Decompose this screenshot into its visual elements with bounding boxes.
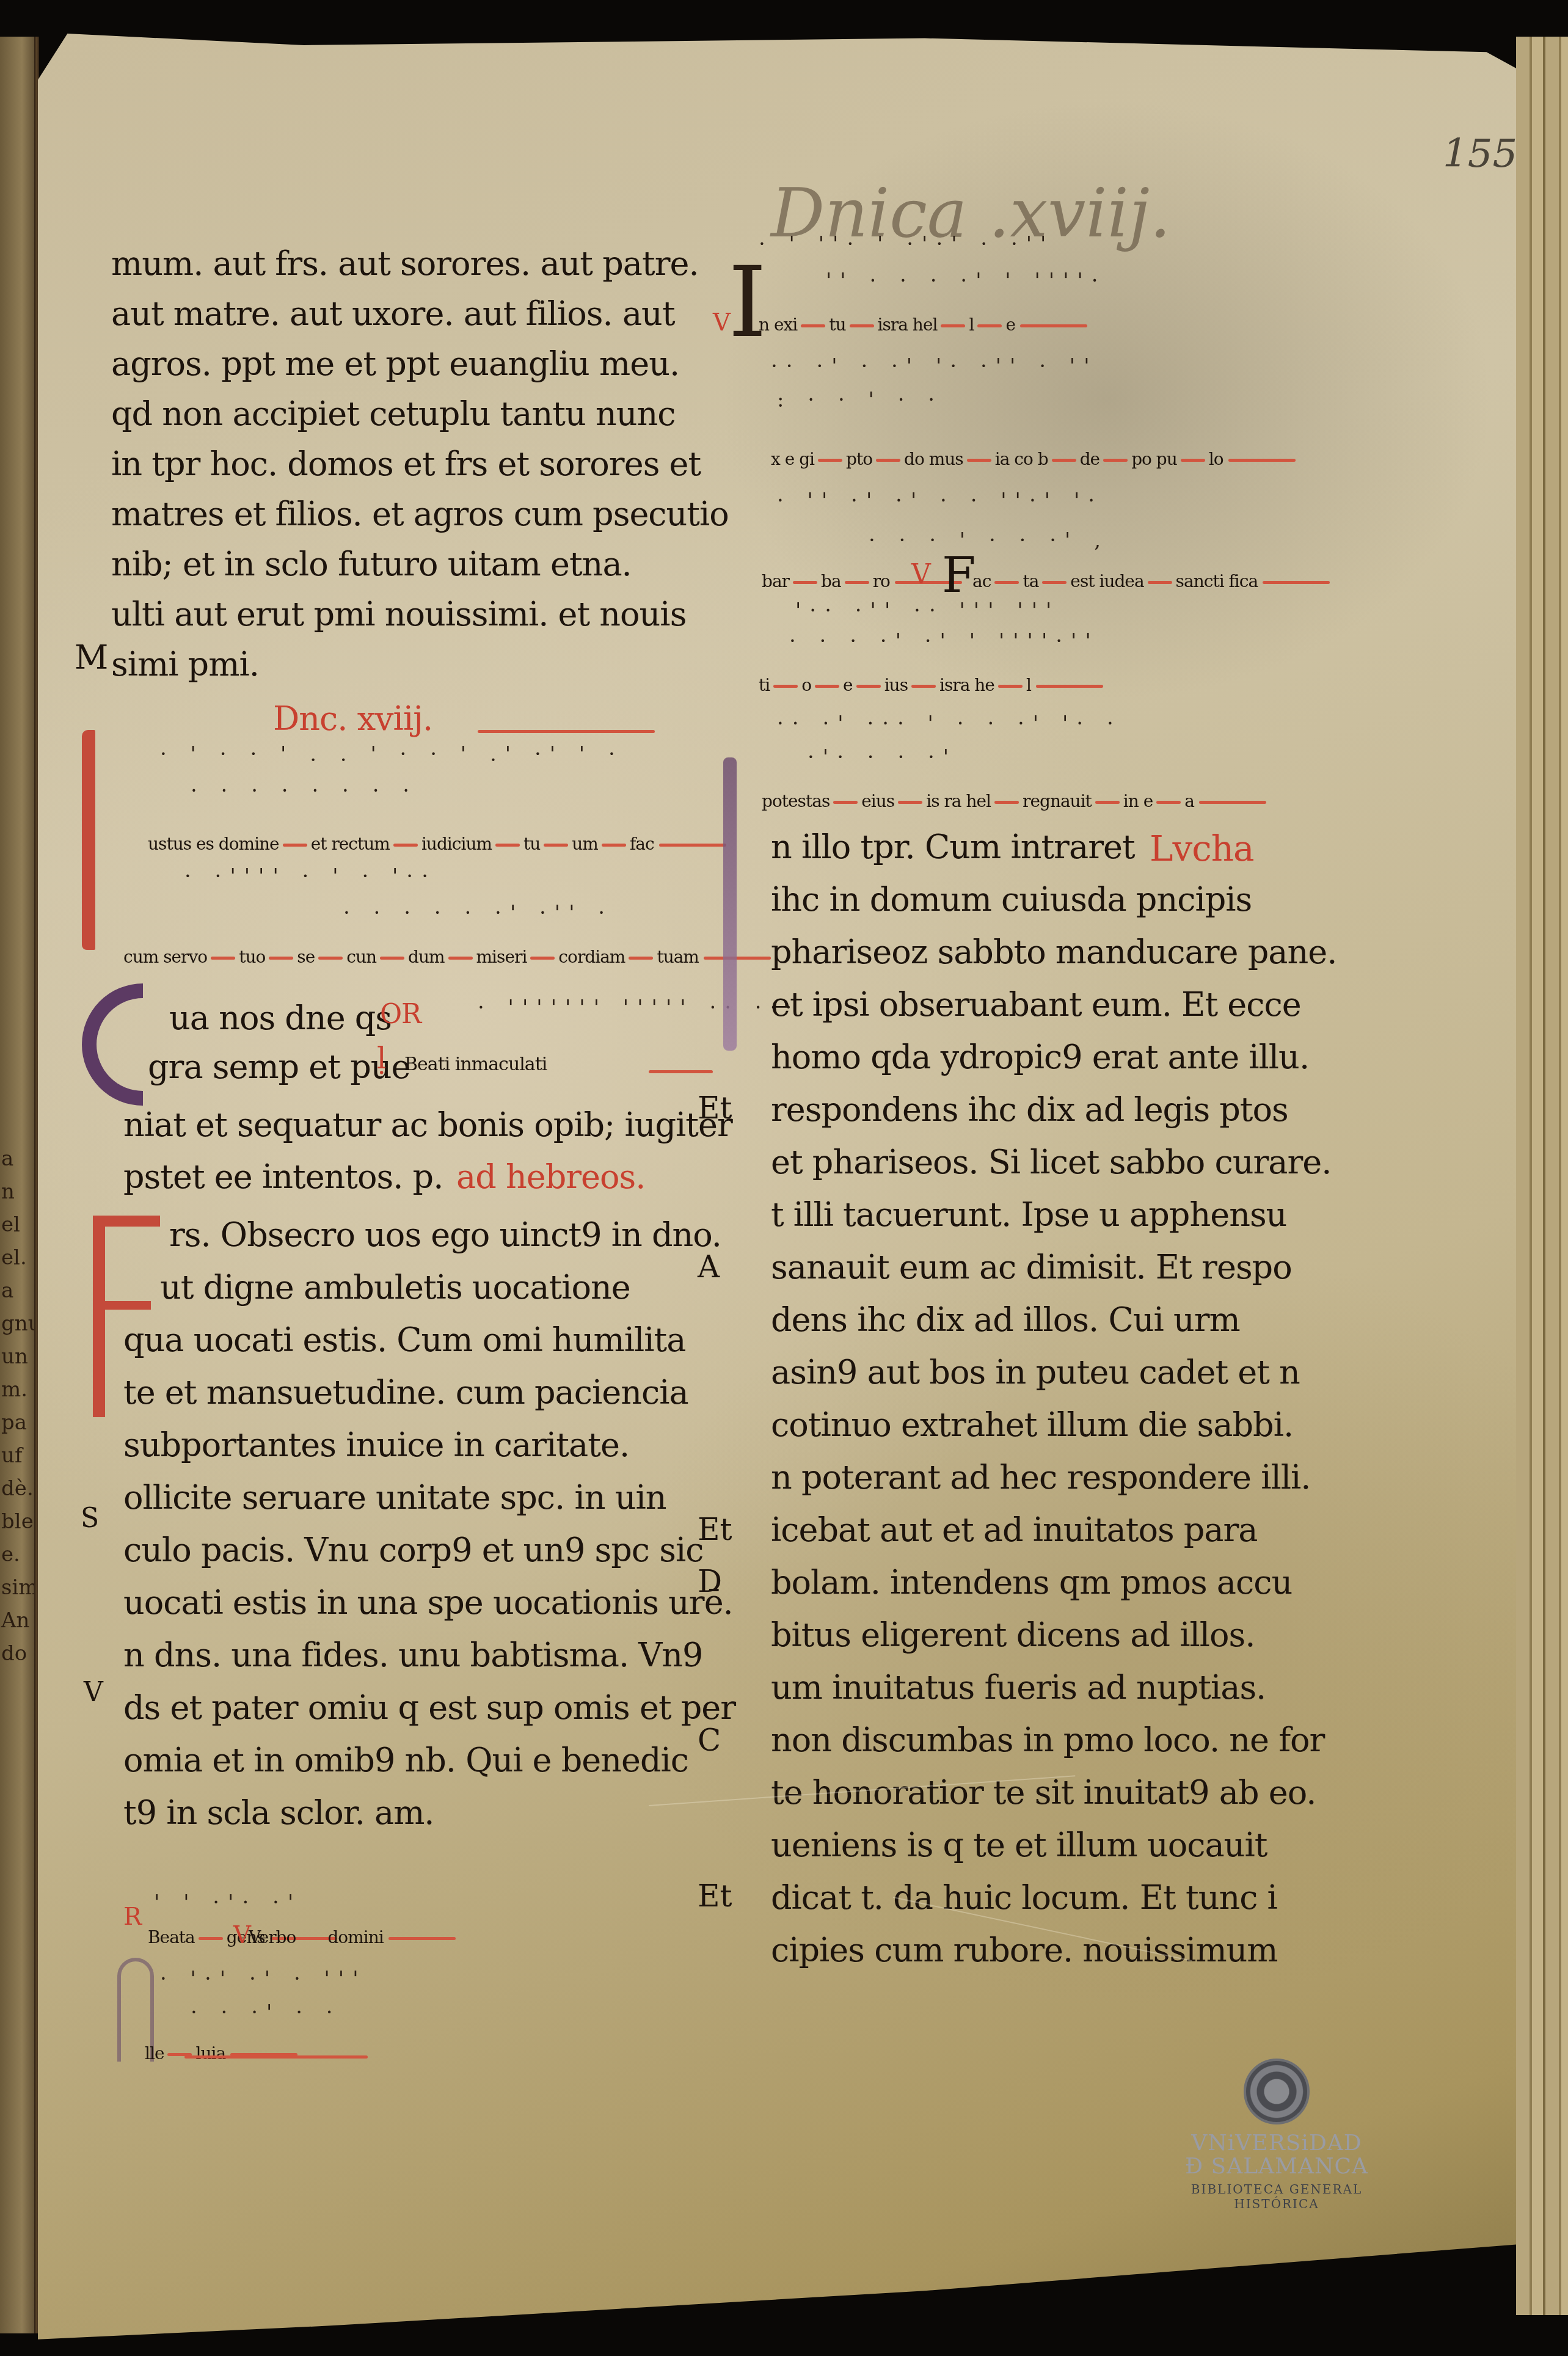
melisma-rule	[994, 801, 1019, 804]
chant-syllable: a	[1184, 791, 1194, 811]
chant-syllable: in e	[1123, 791, 1153, 811]
text-line: ulti aut erut pmi nouissimi. et nouis	[111, 595, 686, 633]
university-seal-icon	[1244, 2059, 1310, 2124]
melisma-rule	[1263, 581, 1330, 584]
rubric-sunday: Dnc. xviij.	[273, 699, 432, 738]
facing-leaf-edge: a n el el. a gnu un m. pa uf dè. ble e. …	[0, 37, 37, 2333]
university-watermark: VNiVERSiDAD Đ SALAMANCA BIBLIOTECA GENER…	[1148, 2059, 1405, 2211]
gospel-line: n illo tpr. Cum intraret	[771, 828, 1135, 866]
chant-syllable: lle	[145, 2043, 164, 2063]
gospel-line: cipies cum rubore. nouissimum	[771, 1931, 1278, 1969]
chant-syllable: se	[297, 947, 315, 967]
collect-initial-c	[82, 983, 143, 1106]
chant-syllable: luia	[195, 2043, 225, 2063]
melisma-rule	[388, 1937, 456, 1940]
offertory-initial-i: I	[728, 253, 767, 351]
margin-initial-m: M	[75, 638, 108, 677]
text-line: qd non accipiet cetuplu tantu nunc	[111, 395, 676, 433]
epistle-line: ds et pater omiu q est sup omis et per	[123, 1688, 735, 1727]
melisma-rule	[1228, 459, 1296, 462]
gospel-line: dicat t. da huic locum. Et tunc i	[771, 1878, 1277, 1917]
neumes: · · · · · · · ·	[191, 779, 418, 803]
melisma-rule	[1148, 581, 1172, 584]
gospel-line: ihc in domum cuiusda pncipis	[771, 880, 1252, 919]
offertory-line-5: potestaseiusis ra helregnauitin ea	[762, 791, 1266, 811]
left-column: mum. aut frs. aut sorores. aut patre.aut…	[38, 34, 710, 2294]
text-line: matres et filios. et agros cum psecutio	[111, 495, 729, 533]
offertory-line-1: n exituisra helle	[759, 315, 1087, 335]
neumes: ·'· · · ·'	[808, 745, 957, 770]
epistle-line: subportantes inuice in caritate.	[123, 1426, 629, 1464]
text-line: aut matre. aut uxore. aut filios. aut	[111, 294, 675, 333]
chant-syllable: ba	[821, 571, 841, 591]
melisma-rule	[977, 324, 1002, 327]
melisma-rule	[1042, 581, 1067, 584]
margin-letter: S	[81, 1503, 99, 1534]
rubric-or: OR	[380, 999, 421, 1030]
offertory-line-3b: actaest iudeasancti fica	[972, 571, 1330, 591]
text-line: in tpr hoc. domos et frs et sorores et	[111, 445, 701, 483]
melisma-rule	[1103, 459, 1128, 462]
chant-syllable: ius	[884, 675, 908, 695]
gospel-line: n poterant ad hec respondere illi.	[771, 1458, 1310, 1497]
rubric-verse: V	[233, 1921, 250, 1949]
melisma-rule	[850, 324, 874, 327]
rubric-verse: V	[911, 559, 930, 590]
epistle-line: ut digne ambuletis uocatione	[160, 1268, 630, 1307]
chant-syllable: do mus	[904, 449, 963, 469]
collect-line-3: niat et sequatur ac bonis opib; iugiter	[123, 1106, 732, 1144]
chant-syllable: tu	[829, 315, 845, 335]
melisma-rule	[1036, 685, 1103, 688]
introit-initial-i	[82, 730, 95, 950]
margin-letter: D	[698, 1564, 722, 1599]
melisma-rule	[269, 957, 293, 960]
melisma-rule	[773, 685, 798, 688]
facing-leaf-text-fragments: a n el el. a gnu un m. pa uf dè. ble e. …	[1, 1142, 32, 1670]
manuscript-page: 155 Dnica .xviij. mum. aut frs. aut soro…	[38, 34, 1516, 2349]
chant-syllable: po pu	[1131, 449, 1177, 469]
epistle-line: uocati estis in una spe uocationis urē.	[123, 1583, 733, 1622]
chant-syllable: sancti fica	[1176, 571, 1258, 591]
melisma-rule	[1020, 324, 1087, 327]
chant-syllable: est iudea	[1070, 571, 1143, 591]
psalm-verse: Beati inmaculati	[404, 1054, 547, 1075]
introit-text-line-2: cum servotuosecundummisericordiamtuam	[123, 947, 771, 967]
margin-letter: C	[698, 1723, 721, 1758]
melisma-rule	[856, 685, 881, 688]
chant-syllable: cordiam	[558, 947, 625, 967]
collect-line-1: ua nos dne qs	[169, 999, 392, 1037]
gospel-line: et ipsi obseruabant eum. Et ecce	[771, 985, 1301, 1024]
watermark-line-3: BIBLIOTECA GENERAL HISTÓRICA	[1148, 2182, 1405, 2211]
chant-syllable: um	[572, 834, 598, 854]
gospel-line: te honoratior te sit inuitat9 ab eo.	[771, 1773, 1316, 1812]
chant-syllable: l	[1026, 675, 1031, 695]
chant-syllable: fac	[630, 834, 654, 854]
melisma-rule	[1181, 459, 1205, 462]
neumes: · · · ' · · ·' ,	[869, 528, 1109, 553]
text-line: mum. aut frs. aut sorores. aut patre.	[111, 244, 699, 283]
collect-line-2: gra semp et pue	[148, 1048, 410, 1086]
gospel-line: t illi tacuerunt. Ipse u apphensu	[771, 1195, 1286, 1234]
chant-syllable: is ra hel	[926, 791, 991, 811]
margin-letter: Et	[698, 1512, 732, 1547]
chant-syllable: ti	[759, 675, 770, 695]
chant-syllable: miseri	[476, 947, 527, 967]
chant-syllable: domini	[327, 1927, 383, 1947]
offertory-line-2: x e giptodo musia co bdepo pulo	[771, 449, 1296, 469]
epistle-line: culo pacis. Vnu corp9 et un9 spc sic	[123, 1531, 703, 1569]
rubric-epistle: ad hebreos.	[456, 1158, 645, 1196]
melisma-rule	[967, 459, 991, 462]
melisma-rule	[1095, 801, 1120, 804]
offertory-line-3: barbaro	[762, 571, 962, 591]
gospel-line: phariseoz sabbto manducare pane.	[771, 933, 1336, 971]
melisma-rule	[495, 844, 520, 847]
melisma-rule	[833, 801, 858, 804]
chant-syllable: potestas	[762, 791, 830, 811]
gospel-line: ueniens is q te et illum uocauit	[771, 1826, 1267, 1864]
chant-syllable: lo	[1209, 449, 1223, 469]
gospel-line: et phariseos. Si licet sabbo curare.	[771, 1143, 1331, 1181]
gospel-initial-i	[723, 757, 737, 1051]
text-line: simi pmi.	[111, 645, 259, 684]
melisma-rule	[602, 844, 626, 847]
chant-syllable: de	[1080, 449, 1100, 469]
chant-syllable: Verbo	[249, 1927, 296, 1947]
chant-syllable: cun	[346, 947, 376, 967]
chant-syllable: x e gi	[771, 449, 814, 469]
gospel-line: non discumbas in pmo loco. ne for	[771, 1721, 1324, 1759]
melisma-rule	[629, 957, 653, 960]
chant-syllable: ac	[972, 571, 991, 591]
melisma-rule	[911, 685, 936, 688]
melisma-rule	[801, 324, 825, 327]
melisma-rule	[211, 957, 235, 960]
watermark-line-2: Đ SALAMANCA	[1148, 2155, 1405, 2178]
chant-syllable: ro	[873, 571, 890, 591]
chant-syllable: regnauit	[1023, 791, 1092, 811]
melisma-rule	[1156, 801, 1181, 804]
margin-letter: V	[84, 1677, 103, 1708]
melisma-rule	[876, 459, 900, 462]
page-stack-edges	[1516, 37, 1568, 2315]
rubric-rule	[478, 730, 655, 733]
melisma-rule	[941, 324, 965, 327]
chant-syllable: isra hel	[878, 315, 938, 335]
neumes: · '·' ·' · '''	[160, 1967, 367, 1991]
chant-syllable: ta	[1023, 571, 1038, 591]
melisma-rule	[283, 844, 307, 847]
neumes: · ' · · ' . . ' · · ' .' ·' ' ·	[160, 742, 624, 767]
gradual-verse-text: Verbodomini	[249, 1927, 456, 1947]
neumes: ·· ·' · ·' '· ·'' · ''	[771, 354, 1098, 379]
gospel-line: icebat aut et ad inuitatos para	[771, 1511, 1258, 1549]
folio-number: 155	[1443, 131, 1517, 177]
rubric-luke: Lvcha	[1150, 828, 1254, 869]
melisma-rule	[199, 1937, 223, 1940]
melisma-rule	[318, 957, 343, 960]
neumes: '·· ·'' ·· ''' '''	[795, 599, 1060, 623]
chant-syllable: dum	[408, 947, 445, 967]
chant-syllable: tu	[523, 834, 540, 854]
chant-syllable: l	[969, 315, 974, 335]
chant-syllable: o	[801, 675, 811, 695]
gospel-line: um inuitatus fueris ad nuptias.	[771, 1668, 1266, 1707]
margin-letter: Et	[698, 1090, 732, 1126]
rubric-verse: V	[713, 308, 730, 337]
gospel-line: respondens ihc dix ad legis ptos	[771, 1090, 1288, 1129]
melisma-rule	[793, 581, 817, 584]
chant-syllable: cum servo	[123, 947, 207, 967]
watermark-line-1: VNiVERSiDAD	[1148, 2132, 1405, 2155]
chant-syllable: Beata	[148, 1927, 195, 1947]
neumes: · '' ·' ·' · · ''·' '·	[777, 489, 1103, 513]
chant-syllable: pto	[846, 449, 872, 469]
chant-syllable: ustus es domine	[148, 834, 279, 854]
melisma-rule	[544, 844, 568, 847]
neumes: : · · ' · ·	[777, 388, 943, 412]
chant-syllable: ia co b	[995, 449, 1048, 469]
right-column: V I · ' ''· ' ·'·' · ·'' '' · · · ·' ' '…	[685, 34, 1357, 2294]
gospel-line: homo qda ydropic9 erat ante illu.	[771, 1038, 1309, 1076]
melisma-rule	[898, 801, 922, 804]
neumes: '' · · · ·' ' ''''·	[826, 269, 1107, 293]
chant-syllable: e	[1005, 315, 1015, 335]
melisma-rule	[448, 957, 473, 960]
melisma-rule	[845, 581, 869, 584]
epistle-line: rs. Obsecro uos ego uinct9 in dno.	[169, 1216, 721, 1254]
neumes: · · · ·' ·' ' ''''·''	[789, 629, 1099, 654]
text-line: nib; et in sclo futuro uitam etna.	[111, 545, 632, 583]
neumes: ' ' ·'· ·'	[154, 1891, 302, 1915]
melisma-rule	[530, 957, 555, 960]
neumes: · ·'''' · ' · '··	[184, 864, 437, 889]
neumes: · ' ''· ' ·'·' · ·''	[759, 232, 1054, 257]
verse-initial-f: F	[942, 547, 975, 604]
epistle-initial-f-mid	[93, 1301, 151, 1310]
epistle-initial-f-bar	[93, 1216, 160, 1227]
epistle-line: qua uocati estis. Cum omi humilita	[123, 1321, 685, 1359]
rubric-response: R	[123, 1903, 141, 1931]
epistle-line: te et mansuetudine. cum paciencia	[123, 1373, 688, 1412]
epistle-line: omia et in omib9 nb. Qui e benedic	[123, 1741, 688, 1779]
introit-text-line-1: ustus es domineet rectumiudiciumtuumfac	[148, 834, 726, 854]
chant-syllable: et rectum	[311, 834, 390, 854]
margin-letter: A	[698, 1249, 720, 1285]
epistle-line: n dns. una fides. unu babtisma. Vn9	[123, 1636, 702, 1674]
neumes: ·· ·' ··· ' · · ·' '· ·	[777, 712, 1122, 736]
chant-syllable: isra he	[939, 675, 994, 695]
chant-syllable: n exi	[759, 315, 797, 335]
alleluia-text: lleluia	[145, 2043, 297, 2063]
melisma-rule	[1052, 459, 1076, 462]
melisma-rule	[1199, 801, 1266, 804]
gospel-line: asin9 aut bos in puteu cadet et n	[771, 1353, 1300, 1391]
offertory-line-4: tioeiusisra hel	[759, 675, 1103, 695]
gospel-line: dens ihc dix ad illos. Cui urm	[771, 1300, 1240, 1339]
melisma-rule	[815, 685, 839, 688]
melisma-rule	[818, 459, 842, 462]
melisma-rule	[998, 685, 1023, 688]
chant-syllable: e	[843, 675, 853, 695]
epistle-line: t9 in scla sclor. am.	[123, 1793, 434, 1832]
epistle-initial-f	[93, 1216, 105, 1417]
chant-syllable: iudicium	[421, 834, 492, 854]
melisma-rule	[994, 581, 1019, 584]
neumes: · · · · · ·' ·'' ·	[343, 901, 613, 925]
melisma-rule	[184, 2055, 368, 2059]
gospel-line: bitus eligerent dicens ad illos.	[771, 1616, 1255, 1654]
gospel-line: bolam. intendens qm pmos accu	[771, 1563, 1292, 1602]
melisma-rule	[299, 1937, 324, 1940]
rubric-v: ḷ	[377, 1041, 385, 1076]
melisma-rule	[380, 957, 404, 960]
gospel-line: cotinuo extrahet illum die sabbi.	[771, 1406, 1293, 1444]
neumes: · · ·' · ·	[191, 2000, 341, 2025]
chant-syllable: tuo	[239, 947, 265, 967]
chant-syllable: eius	[861, 791, 894, 811]
epistle-line: ollicite seruare unitate spc. in uin	[123, 1478, 666, 1517]
melisma-rule	[393, 844, 418, 847]
margin-letter: Et	[698, 1878, 732, 1914]
text-line: agros. ppt me et ppt euangliu meu.	[111, 345, 679, 383]
chant-syllable: bar	[762, 571, 789, 591]
gospel-line: sanauit eum ac dimisit. Et respo	[771, 1248, 1292, 1286]
collect-line-4: pstet ee intentos. p.	[123, 1158, 443, 1196]
